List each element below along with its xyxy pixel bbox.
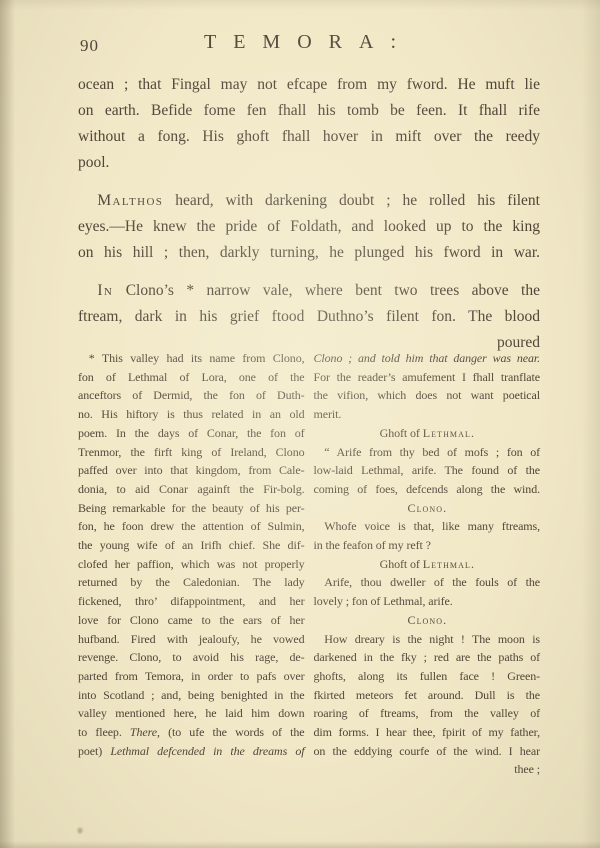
- text-line: donia, to aid Conar againft the Fir-bolg…: [78, 480, 305, 499]
- text-run: fickened, thro’ difappointment, and her: [78, 594, 305, 608]
- text-run: poet): [78, 744, 110, 758]
- text-run: fkirted meteors fet around. Dull is the: [314, 688, 541, 702]
- text-line: love for Clono came to the ears of her: [78, 611, 305, 630]
- text-run: into Scotland ; and, being benighted in …: [78, 688, 305, 702]
- text-line: Being remarkable for the beauty of his p…: [78, 499, 305, 518]
- paragraph: Malthos heard, with darkening doubt ; he…: [78, 188, 540, 266]
- text-line: Arife, thou dweller of the fouls of the: [314, 573, 541, 592]
- text-run: (to ufe the words of the: [160, 725, 305, 739]
- text-run: Whofe voice is that, like many ftreams,: [324, 519, 540, 533]
- text-run: heard, with darkening doubt ; he rolled …: [163, 192, 540, 209]
- text-line: hufband. Fired with jealoufy, he vowed: [78, 630, 305, 649]
- text-run: valley mentioned here, he laid him down: [78, 706, 305, 720]
- text-line: ghofts, along its fullen face ! Green-: [314, 667, 541, 686]
- text-line: anceftors of Dermid, the fon of Duth-: [78, 386, 305, 405]
- text-line: returned by the Caledonian. The lady: [78, 573, 305, 592]
- text-run: anceftors of Dermid, the fon of Duth-: [78, 388, 305, 402]
- text-line: valley mentioned here, he laid him down: [78, 704, 305, 723]
- small-caps-text: Lethmal: [423, 426, 471, 440]
- text-run: on earth. Befide fome fen fhall his tomb…: [78, 102, 540, 119]
- small-caps-text: Lethmal: [423, 557, 471, 571]
- text-run: fon of Lethmal of Lora, one of the: [78, 370, 305, 384]
- text-run: in the feafon of my reft ?: [314, 538, 431, 552]
- text-run: ghofts, along its fullen face ! Green-: [314, 669, 541, 683]
- text-line: on earth. Befide fome fen fhall his tomb…: [78, 98, 540, 124]
- text-line: poet) Lethmal defcended in the dreams of: [78, 742, 305, 761]
- text-run: poem. In the days of Conar, the fon of: [78, 426, 305, 440]
- text-run: lovely ; fon of Lethmal, arife.: [314, 594, 453, 608]
- small-caps-text: In: [97, 282, 113, 299]
- text-run: revenge. Clono, to avoid his rage, de-: [78, 650, 305, 664]
- text-line: paffed over into that kingdom, from Cale…: [78, 461, 305, 480]
- text-line: fon of Lethmal of Lora, one of the: [78, 368, 305, 387]
- text-run: donia, to aid Conar againft the Fir-bolg…: [78, 482, 305, 496]
- text-line: the vifion, which does not want poetical: [314, 386, 541, 405]
- text-run: Clono’s * narrow vale, where bent two tr…: [113, 282, 540, 299]
- text-run: roaring of ftreams, from the valley of: [314, 706, 541, 720]
- text-run: ocean ; that Fingal may not efcape from …: [78, 76, 540, 93]
- text-line: in the feafon of my reft ?: [314, 536, 541, 555]
- text-line: “ Arife from thy bed of mofs ; fon of: [314, 443, 541, 462]
- text-run: no. His hiftory is thus related in an ol…: [78, 407, 305, 421]
- italic-text: Clono ; and told him that danger was nea…: [314, 351, 541, 365]
- text-line: Whofe voice is that, like many ftreams,: [314, 517, 541, 536]
- text-run: without a fong. His ghoft fhall hover in…: [78, 128, 540, 145]
- text-run: merit.: [314, 407, 342, 421]
- text-run: .: [443, 501, 446, 515]
- text-run: Being remarkable for the beauty of his p…: [78, 501, 305, 515]
- text-run: darkened in the fky ; red are the paths …: [314, 650, 541, 664]
- paragraph: ocean ; that Fingal may not efcape from …: [78, 72, 540, 176]
- text-run: ftream, dark in his grief ftood Duthno’s…: [78, 308, 540, 325]
- text-run: on his hill ; then, darkly turning, he p…: [78, 244, 540, 261]
- text-line: revenge. Clono, to avoid his rage, de-: [78, 648, 305, 667]
- text-line: darkened in the fky ; red are the paths …: [314, 648, 541, 667]
- text-line: clofed her paffion, which was not proper…: [78, 555, 305, 574]
- footnote-right-column: Clono ; and told him that danger was nea…: [314, 349, 541, 779]
- text-line: pool.: [78, 150, 540, 176]
- speaker-heading: Clono.: [314, 611, 541, 630]
- text-run: How dreary is the night ! The moon is: [324, 632, 540, 646]
- text-run: “ Arife from thy bed of mofs ; fon of: [324, 445, 540, 459]
- small-caps-text: Clono: [407, 613, 443, 627]
- text-line: Clono ; and told him that danger was nea…: [314, 349, 541, 368]
- text-run: .: [471, 426, 474, 440]
- text-run: hufband. Fired with jealoufy, he vowed: [78, 632, 305, 646]
- text-run: fon, he foon drew the attention of Sulmi…: [78, 519, 305, 533]
- text-run: paffed over into that kingdom, from Cale…: [78, 463, 305, 477]
- italic-text: Lethmal defcended in the dreams of: [110, 744, 304, 758]
- text-run: Ghoft of: [380, 426, 423, 440]
- running-title: TEMORA:: [0, 31, 600, 54]
- text-line: roaring of ftreams, from the valley of: [314, 704, 541, 723]
- text-line: Trenmor, the firft king of Ireland, Clon…: [78, 443, 305, 462]
- text-line: lovely ; fon of Lethmal, arife.: [314, 592, 541, 611]
- text-line: parted from Temora, in order to pafs ove…: [78, 667, 305, 686]
- text-run: For the reader’s amufement I fhall tranf…: [314, 370, 541, 384]
- footnote: * This valley had its name from Clono,fo…: [78, 349, 540, 779]
- text-run: to fleep.: [78, 725, 130, 739]
- text-line: without a fong. His ghoft fhall hover in…: [78, 124, 540, 150]
- text-run: Trenmor, the firft king of Ireland, Clon…: [78, 445, 305, 459]
- text-run: * This valley had its name from Clono,: [89, 351, 305, 365]
- small-caps-text: Malthos: [97, 192, 163, 209]
- text-run: parted from Temora, in order to pafs ove…: [78, 669, 305, 683]
- text-line: In Clono’s * narrow vale, where bent two…: [78, 278, 540, 304]
- text-line: Malthos heard, with darkening doubt ; he…: [78, 188, 540, 214]
- text-run: Arife, thou dweller of the fouls of the: [324, 575, 540, 589]
- text-run: dim forms. I hear thee, fpirit of my fat…: [314, 725, 541, 739]
- catchword: thee ;: [314, 760, 541, 779]
- text-line: the young wife of an Irifh chief. She di…: [78, 536, 305, 555]
- text-run: clofed her paffion, which was not proper…: [78, 557, 305, 571]
- italic-text: There,: [130, 725, 160, 739]
- speaker-heading: Ghoft of Lethmal.: [314, 424, 541, 443]
- text-run: coming of foes, defcends along the wind.: [314, 482, 541, 496]
- speaker-heading: Clono.: [314, 499, 541, 518]
- small-caps-text: Clono: [407, 501, 443, 515]
- text-line: How dreary is the night ! The moon is: [314, 630, 541, 649]
- text-line: fon, he foon drew the attention of Sulmi…: [78, 517, 305, 536]
- text-run: pool.: [78, 154, 109, 171]
- footnote-left-column: * This valley had its name from Clono,fo…: [78, 349, 305, 779]
- text-run: low-laid Lethmal, arife. The found of th…: [314, 463, 541, 477]
- text-line: ocean ; that Fingal may not efcape from …: [78, 72, 540, 98]
- text-run: love for Clono came to the ears of her: [78, 613, 305, 627]
- text-line: fkirted meteors fet around. Dull is the: [314, 686, 541, 705]
- text-run: thee ;: [514, 762, 540, 776]
- text-line: coming of foes, defcends along the wind.: [314, 480, 541, 499]
- text-line: poem. In the days of Conar, the fon of: [78, 424, 305, 443]
- text-line: ftream, dark in his grief ftood Duthno’s…: [78, 304, 540, 330]
- text-run: on the eddying courfe of the wind. I hea…: [314, 744, 541, 758]
- text-run: eyes.—He knew the pride of Foldath, and …: [78, 218, 540, 235]
- text-line: fickened, thro’ difappointment, and her: [78, 592, 305, 611]
- text-run: the young wife of an Irifh chief. She di…: [78, 538, 305, 552]
- text-run: Ghoft of: [380, 557, 423, 571]
- text-line: eyes.—He knew the pride of Foldath, and …: [78, 214, 540, 240]
- text-line: on the eddying courfe of the wind. I hea…: [314, 742, 541, 761]
- text-run: returned by the Caledonian. The lady: [78, 575, 305, 589]
- text-run: .: [471, 557, 474, 571]
- ink-smudge: [76, 826, 84, 835]
- text-run: .: [443, 613, 446, 627]
- text-line: to fleep. There, (to ufe the words of th…: [78, 723, 305, 742]
- text-line: on his hill ; then, darkly turning, he p…: [78, 240, 540, 266]
- speaker-heading: Ghoft of Lethmal.: [314, 555, 541, 574]
- book-page: 90 TEMORA: ocean ; that Fingal may not e…: [0, 0, 600, 848]
- main-text: ocean ; that Fingal may not efcape from …: [78, 72, 540, 356]
- text-line: merit.: [314, 405, 541, 424]
- text-line: no. His hiftory is thus related in an ol…: [78, 405, 305, 424]
- text-line: into Scotland ; and, being benighted in …: [78, 686, 305, 705]
- text-line: * This valley had its name from Clono,: [78, 349, 305, 368]
- paragraph: In Clono’s * narrow vale, where bent two…: [78, 278, 540, 356]
- text-run: the vifion, which does not want poetical: [314, 388, 541, 402]
- text-line: low-laid Lethmal, arife. The found of th…: [314, 461, 541, 480]
- text-line: dim forms. I hear thee, fpirit of my fat…: [314, 723, 541, 742]
- text-line: For the reader’s amufement I fhall tranf…: [314, 368, 541, 387]
